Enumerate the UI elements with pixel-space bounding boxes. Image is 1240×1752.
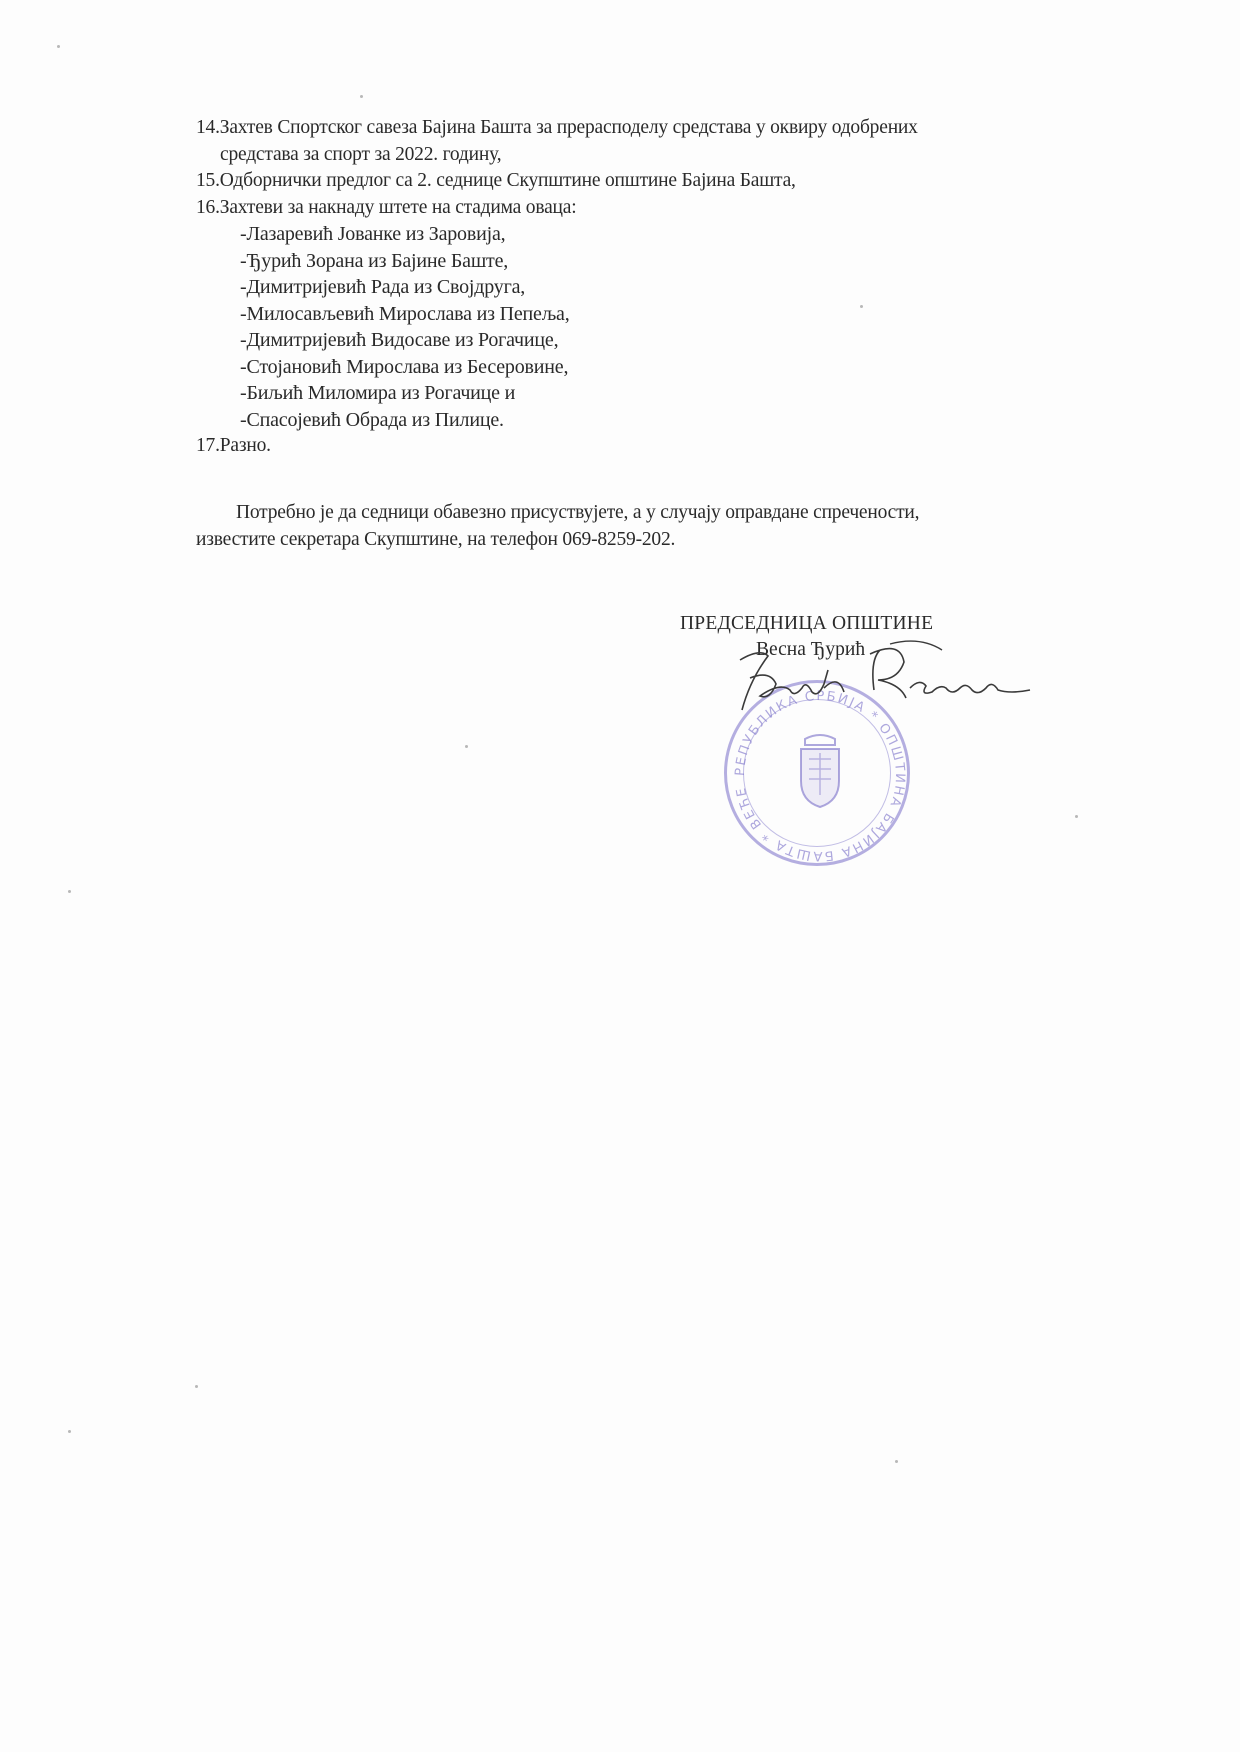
agenda-item-17: 17.Разно. [196, 433, 1096, 460]
agenda-item-number: 17. [196, 435, 220, 456]
agenda-item-text: Захтев Спортског савеза Бајина Башта за … [220, 117, 918, 138]
handwritten-signature [720, 640, 1060, 720]
agenda-item-number: 15. [196, 170, 220, 191]
scan-speck [57, 45, 60, 48]
claimant-item: -Спасојевић Обрада из Пилице. [240, 407, 1096, 434]
claimants-list: -Лазаревић Јованке из Заровија, -Ђурић З… [196, 221, 1096, 433]
scan-speck [895, 1460, 898, 1463]
agenda-item-number: 16. [196, 197, 220, 218]
scan-speck [68, 890, 71, 893]
agenda-list: 14.Захтев Спортског савеза Бајина Башта … [196, 115, 1096, 460]
agenda-item-14: 14.Захтев Спортског савеза Бајина Башта … [196, 115, 1096, 168]
claimant-item: -Димитријевић Рада из Својдруга, [240, 274, 1096, 301]
signatory-title: ПРЕДСЕДНИЦА ОПШТИНЕ [680, 611, 1000, 637]
scan-speck [195, 1385, 198, 1388]
claimant-item: -Милосављевић Мирослава из Пепеља, [240, 301, 1096, 328]
note-line: Потребно је да седници обавезно присуств… [196, 500, 1091, 527]
agenda-item-text: Разно. [220, 435, 271, 456]
scan-speck [360, 95, 363, 98]
agenda-item-number: 14. [196, 117, 220, 138]
agenda-item-text: Захтеви за накнаду штете на стадима овац… [220, 197, 577, 218]
claimant-item: -Ђурић Зорана из Бајине Баште, [240, 248, 1096, 275]
claimant-item: -Лазаревић Јованке из Заровија, [240, 221, 1096, 248]
agenda-item-text-continuation: средстава за спорт за 2022. годину, [196, 142, 1096, 169]
agenda-item-16: 16.Захтеви за накнаду штете на стадима о… [196, 195, 1096, 222]
attendance-note: Потребно је да седници обавезно присуств… [196, 500, 1091, 553]
claimant-item: -Димитријевић Видосаве из Рогачице, [240, 327, 1096, 354]
note-line: известите секретара Скупштине, на телефо… [196, 527, 1091, 554]
claimant-item: -Биљић Миломира из Рогачице и [240, 380, 1096, 407]
scan-speck [1075, 815, 1078, 818]
scan-speck [68, 1430, 71, 1433]
claimant-item: -Стојановић Мирослава из Бесеровине, [240, 354, 1096, 381]
scan-speck [465, 745, 468, 748]
agenda-item-text: Одборнички предлог са 2. седнице Скупшти… [220, 170, 796, 191]
coat-of-arms-icon [795, 733, 845, 809]
scanned-document-page: 14.Захтев Спортског савеза Бајина Башта … [0, 0, 1240, 1752]
agenda-item-15: 15.Одборнички предлог са 2. седнице Скуп… [196, 168, 1096, 195]
